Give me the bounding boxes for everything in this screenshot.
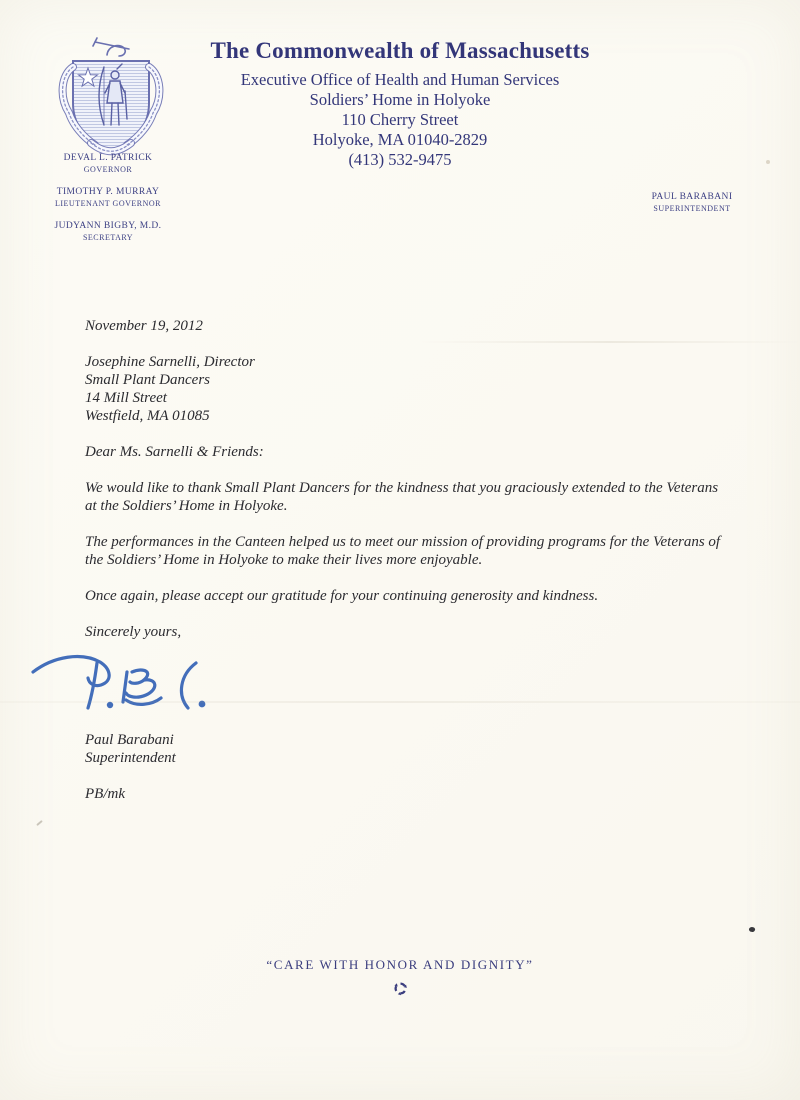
recipient-street: 14 Mill Street — [85, 389, 733, 407]
recycle-symbol-graphic — [392, 980, 409, 997]
official-name: JUDYANN BIGBY, M.D. — [28, 221, 188, 232]
official-secretary: JUDYANN BIGBY, M.D. SECRETARY — [28, 221, 188, 243]
letterhead-office: Executive Office of Health and Human Ser… — [0, 70, 800, 90]
ink-speck — [748, 926, 755, 933]
official-name: DEVAL L. PATRICK — [28, 153, 188, 164]
official-superintendent: PAUL BARABANI SUPERINTENDENT — [612, 192, 772, 214]
recipient-address: Josephine Sarnelli, Director Small Plant… — [85, 353, 733, 425]
letterhead-street: 110 Cherry Street — [0, 110, 800, 130]
salutation: Dear Ms. Sarnelli & Friends: — [85, 443, 733, 461]
letterhead-city: Holyoke, MA 01040-2829 — [0, 130, 800, 150]
scanned-letter-page: The Commonwealth of Massachusetts Execut… — [0, 0, 800, 1100]
recipient-city: Westfield, MA 01085 — [85, 407, 733, 425]
pencil-mark — [36, 820, 43, 826]
signature-strokes — [30, 650, 245, 730]
official-name: PAUL BARABANI — [612, 192, 772, 203]
letter-body: November 19, 2012 Josephine Sarnelli, Di… — [85, 317, 733, 803]
scan-speck — [766, 160, 770, 164]
letter-date: November 19, 2012 — [85, 317, 733, 335]
facility-motto: “CARE WITH HONOR AND DIGNITY” — [0, 957, 800, 973]
official-title: SUPERINTENDENT — [612, 203, 772, 214]
official-name: TIMOTHY P. MURRAY — [28, 187, 188, 198]
recipient-org: Small Plant Dancers — [85, 371, 733, 389]
paper-crease — [420, 341, 800, 343]
paragraph-1: We would like to thank Small Plant Dance… — [85, 479, 733, 515]
typist-reference: PB/mk — [85, 785, 733, 803]
paragraph-3: Once again, please accept our gratitude … — [85, 587, 733, 605]
official-governor: DEVAL L. PATRICK GOVERNOR — [28, 153, 188, 175]
closing: Sincerely yours, — [85, 623, 733, 641]
signer-name: Paul Barabani — [85, 731, 733, 749]
letterhead-facility: Soldiers’ Home in Holyoke — [0, 90, 800, 110]
letterhead: The Commonwealth of Massachusetts Execut… — [0, 38, 800, 170]
recycle-icon — [0, 980, 800, 1002]
official-title: SECRETARY — [28, 232, 188, 243]
official-lt-governor: TIMOTHY P. MURRAY LIEUTENANT GOVERNOR — [28, 187, 188, 209]
letterhead-title: The Commonwealth of Massachusetts — [0, 38, 800, 64]
signer-title: Superintendent — [85, 749, 733, 767]
official-title: LIEUTENANT GOVERNOR — [28, 198, 188, 209]
official-title: GOVERNOR — [28, 164, 188, 175]
paragraph-2: The performances in the Canteen helped u… — [85, 533, 733, 569]
paul-barabani-signature-icon — [30, 650, 245, 730]
paper-crease — [0, 701, 800, 703]
officials-column: DEVAL L. PATRICK GOVERNOR TIMOTHY P. MUR… — [28, 153, 188, 255]
recipient-name: Josephine Sarnelli, Director — [85, 353, 733, 371]
